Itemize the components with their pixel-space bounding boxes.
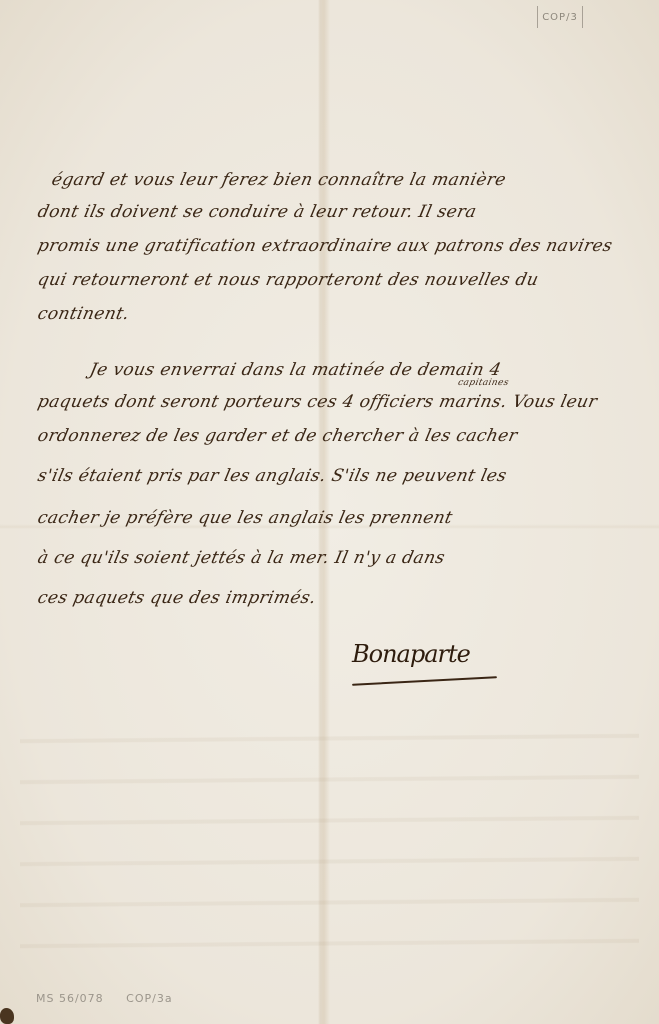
- letter-line: promis une gratification extraordinaire …: [36, 236, 614, 256]
- manuscript-number: MS 56/078: [36, 992, 104, 1005]
- archive-reference-top: COP/3: [537, 6, 583, 28]
- letter-line: ces paquets que des imprimés.: [36, 588, 318, 608]
- letter-line: cacher je préfère que les anglais les pr…: [36, 508, 455, 528]
- manuscript-page: COP/3 égard et vous leur ferez bien conn…: [0, 0, 659, 1024]
- folio-number: COP/3a: [126, 992, 172, 1005]
- interlinear-note: capitaines: [457, 378, 510, 388]
- letter-line: dont ils doivent se conduire à leur reto…: [36, 202, 479, 222]
- archive-reference-bottom: MS 56/078 COP/3a: [36, 992, 191, 1005]
- letter-line: ordonnerez de les garder et de chercher …: [36, 426, 519, 446]
- letter-line: à ce qu'ils soient jettés à la mer. Il n…: [36, 548, 447, 568]
- signature-text: Bonaparte: [352, 640, 470, 668]
- show-through-text: [20, 697, 639, 982]
- letter-line: qui retourneront et nous rapporteront de…: [36, 270, 541, 290]
- letter-line: égard et vous leur ferez bien connaître …: [50, 170, 508, 190]
- letter-line: s'ils étaient pris par les anglais. S'il…: [36, 466, 509, 486]
- letter-line: paquets dont seront porteurs ces 4 offic…: [36, 392, 599, 412]
- letter-line: continent.: [36, 304, 131, 324]
- signature: Bonaparte: [352, 640, 502, 686]
- letter-line: Je vous enverrai dans la matinée de dema…: [88, 360, 503, 380]
- ink-stain: [0, 1008, 14, 1024]
- signature-flourish: [352, 676, 497, 686]
